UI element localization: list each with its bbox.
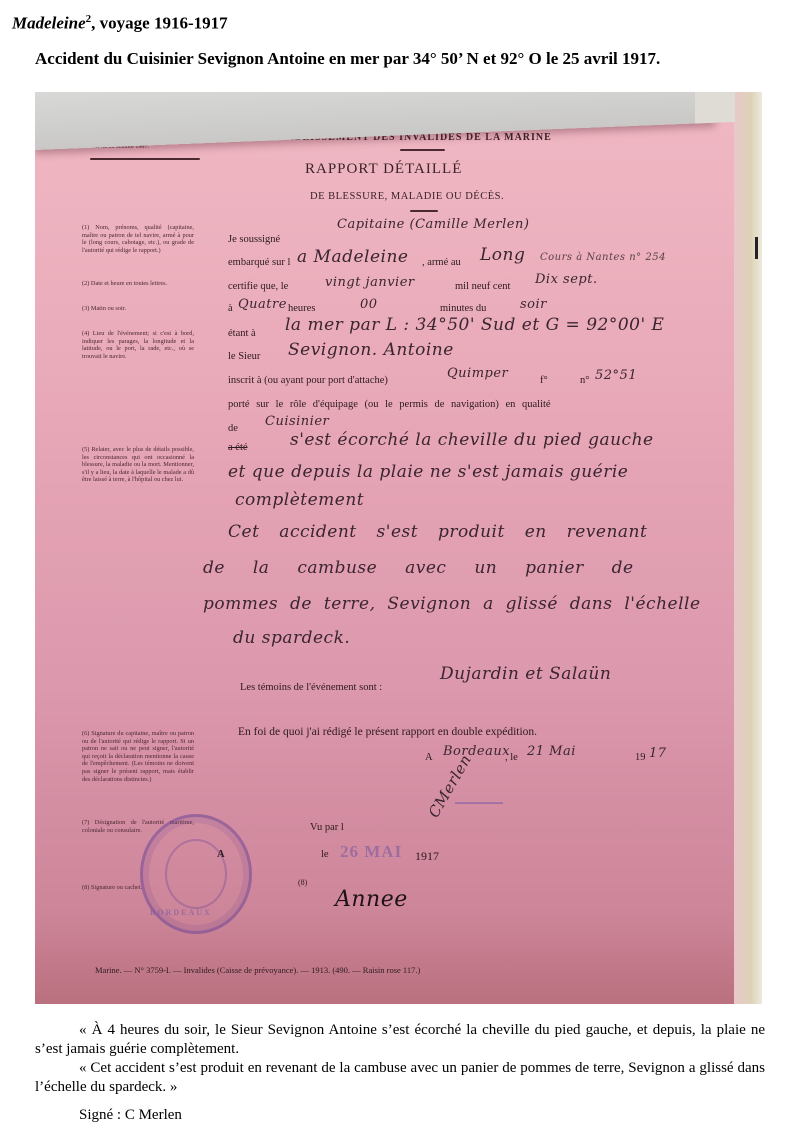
hw-moment: soir: [520, 297, 547, 312]
stamp-date: 26 MAI: [340, 842, 402, 862]
label-temoins: Les témoins de l'événement sont :: [240, 682, 382, 693]
margin-note-2: (2) Date et heure en toutes lettres.: [82, 280, 194, 288]
hw-lieu-signature: Bordeaux: [443, 744, 510, 759]
label-soussigne: Je soussigné: [228, 234, 280, 245]
label-de2: le: [321, 849, 329, 860]
hw-recit-1: s'est écorché la cheville du pied gauche: [290, 430, 654, 450]
hw-soussigne: Capitaine (Camille Merlen): [337, 217, 529, 232]
authority-signature: Annee: [335, 887, 408, 912]
label-a: à: [228, 303, 233, 314]
transcription-paragraph-1: « À 4 heures du soir, le Sieur Sevignon …: [35, 1021, 765, 1059]
label-porte: porté sur le rôle d'équipage (ou le perm…: [228, 399, 551, 410]
form-subtitle: DE BLESSURE, MALADIE OU DÉCÈS.: [310, 191, 504, 202]
hw-recit-2: et que depuis la plaie ne s'est jamais g…: [228, 462, 628, 482]
hw-arme-detail: Cours à Nantes n° 254: [540, 252, 666, 263]
edge-mark: [755, 237, 758, 259]
label-a2: A: [217, 849, 225, 860]
hw-numero: 52°51: [595, 368, 637, 383]
divider: [410, 210, 438, 212]
label-le-sieur: le Sieur: [228, 351, 260, 362]
hw-date-signature: 21 Mai: [527, 744, 576, 759]
document-title: Madeleine2, voyage 1916-1917: [12, 13, 228, 34]
document-subtitle: Accident du Cuisinier Sevignon Antoine e…: [35, 49, 660, 69]
background-paper: [734, 92, 762, 1004]
form-photograph: ETABLISSEMENT DES INVALIDES DE LA MARINE…: [35, 92, 762, 1004]
hw-port-attache: Quimper: [447, 366, 508, 381]
label-note8: (8): [298, 878, 307, 887]
label-mil-neuf-cent: mil neuf cent: [455, 281, 510, 292]
label-embarque: embarqué sur l: [228, 257, 290, 268]
label-minutes-du: minutes du: [440, 303, 486, 314]
hw-recit-4: Cet accident s'est produit en revenant: [228, 522, 647, 542]
margin-note-3: (3) Matin ou soir.: [82, 305, 194, 313]
label-de: de: [228, 423, 238, 434]
hw-arme-au: Long: [480, 245, 525, 265]
violet-stamp-text: ▬▬▬▬▬▬▬▬: [455, 800, 503, 806]
margin-note-4: (4) Lieu de l'événement; si c'est à bord…: [82, 330, 194, 360]
label-annee2: 1917: [415, 849, 439, 864]
pink-form-sheet: ETABLISSEMENT DES INVALIDES DE LA MARINE…: [35, 92, 734, 1004]
label-numero: n°: [580, 375, 589, 386]
transcription-paragraph-2: « Cet accident s’est produit en revenant…: [35, 1059, 765, 1097]
hw-navire: a Madeleine: [297, 247, 408, 267]
label-certifie: certifie que, le: [228, 281, 288, 292]
hw-temoins: Dujardin et Salaün: [440, 664, 611, 684]
label-heures: heures: [288, 303, 315, 314]
label-le: , le: [505, 752, 518, 763]
label-inscrit: inscrit à (ou ayant pour port d'attache): [228, 375, 388, 386]
label-en-foi: En foi de quoi j'ai rédigé le présent ra…: [238, 726, 537, 738]
form-title: RAPPORT DÉTAILLÉ: [305, 161, 462, 178]
hw-lieu: la mer par L : 34°50' Sud et G = 92°00' …: [285, 315, 664, 335]
label-arme-au: , armé au: [422, 257, 461, 268]
divider: [400, 149, 445, 151]
hw-sieur: Sevignon. Antoine: [288, 340, 454, 360]
label-vu-par: Vu par l: [310, 822, 344, 833]
voyage-label: , voyage 1916-1917: [91, 14, 227, 33]
hw-heure: Quatre: [238, 297, 287, 312]
transcription-signature: Signé : C Merlen: [79, 1106, 765, 1125]
stamp-place: BORDEAUX: [150, 908, 212, 917]
hw-recit-3: complètement: [235, 490, 364, 510]
hw-qualite: Cuisinier: [265, 414, 329, 429]
label-etant-a: étant à: [228, 328, 256, 339]
margin-note-1: (1) Nom, prénoms, qualité (capitaine, ma…: [82, 224, 194, 254]
hw-annee: Dix sept.: [535, 272, 598, 287]
form-printer-footer: Marine. — N° 3759-I. — Invalides (Caisse…: [95, 965, 420, 975]
label-annee-prefix: 19: [635, 752, 646, 763]
label-lieu-a: A: [425, 752, 433, 763]
hw-annee-signature: 17: [649, 746, 667, 761]
margin-note-5: (5) Relater, avec le plus de détails pos…: [82, 446, 194, 484]
divider: [90, 158, 200, 160]
hw-recit-5: de la cambuse avec un panier de: [203, 558, 634, 578]
hw-recit-6: pommes de terre, Sevignon a glissé dans …: [203, 594, 701, 614]
label-a-ete: a été: [228, 442, 248, 453]
label-folio: f°: [540, 375, 548, 386]
transcription: « À 4 heures du soir, le Sieur Sevignon …: [35, 1021, 765, 1125]
ship-name: Madeleine: [12, 14, 86, 33]
hw-recit-7: du spardeck.: [233, 628, 350, 648]
margin-note-6: (6) Signature du capitaine, maître ou pa…: [82, 730, 194, 783]
hw-minutes: 00: [360, 297, 378, 312]
hw-date: vingt janvier: [325, 275, 415, 290]
